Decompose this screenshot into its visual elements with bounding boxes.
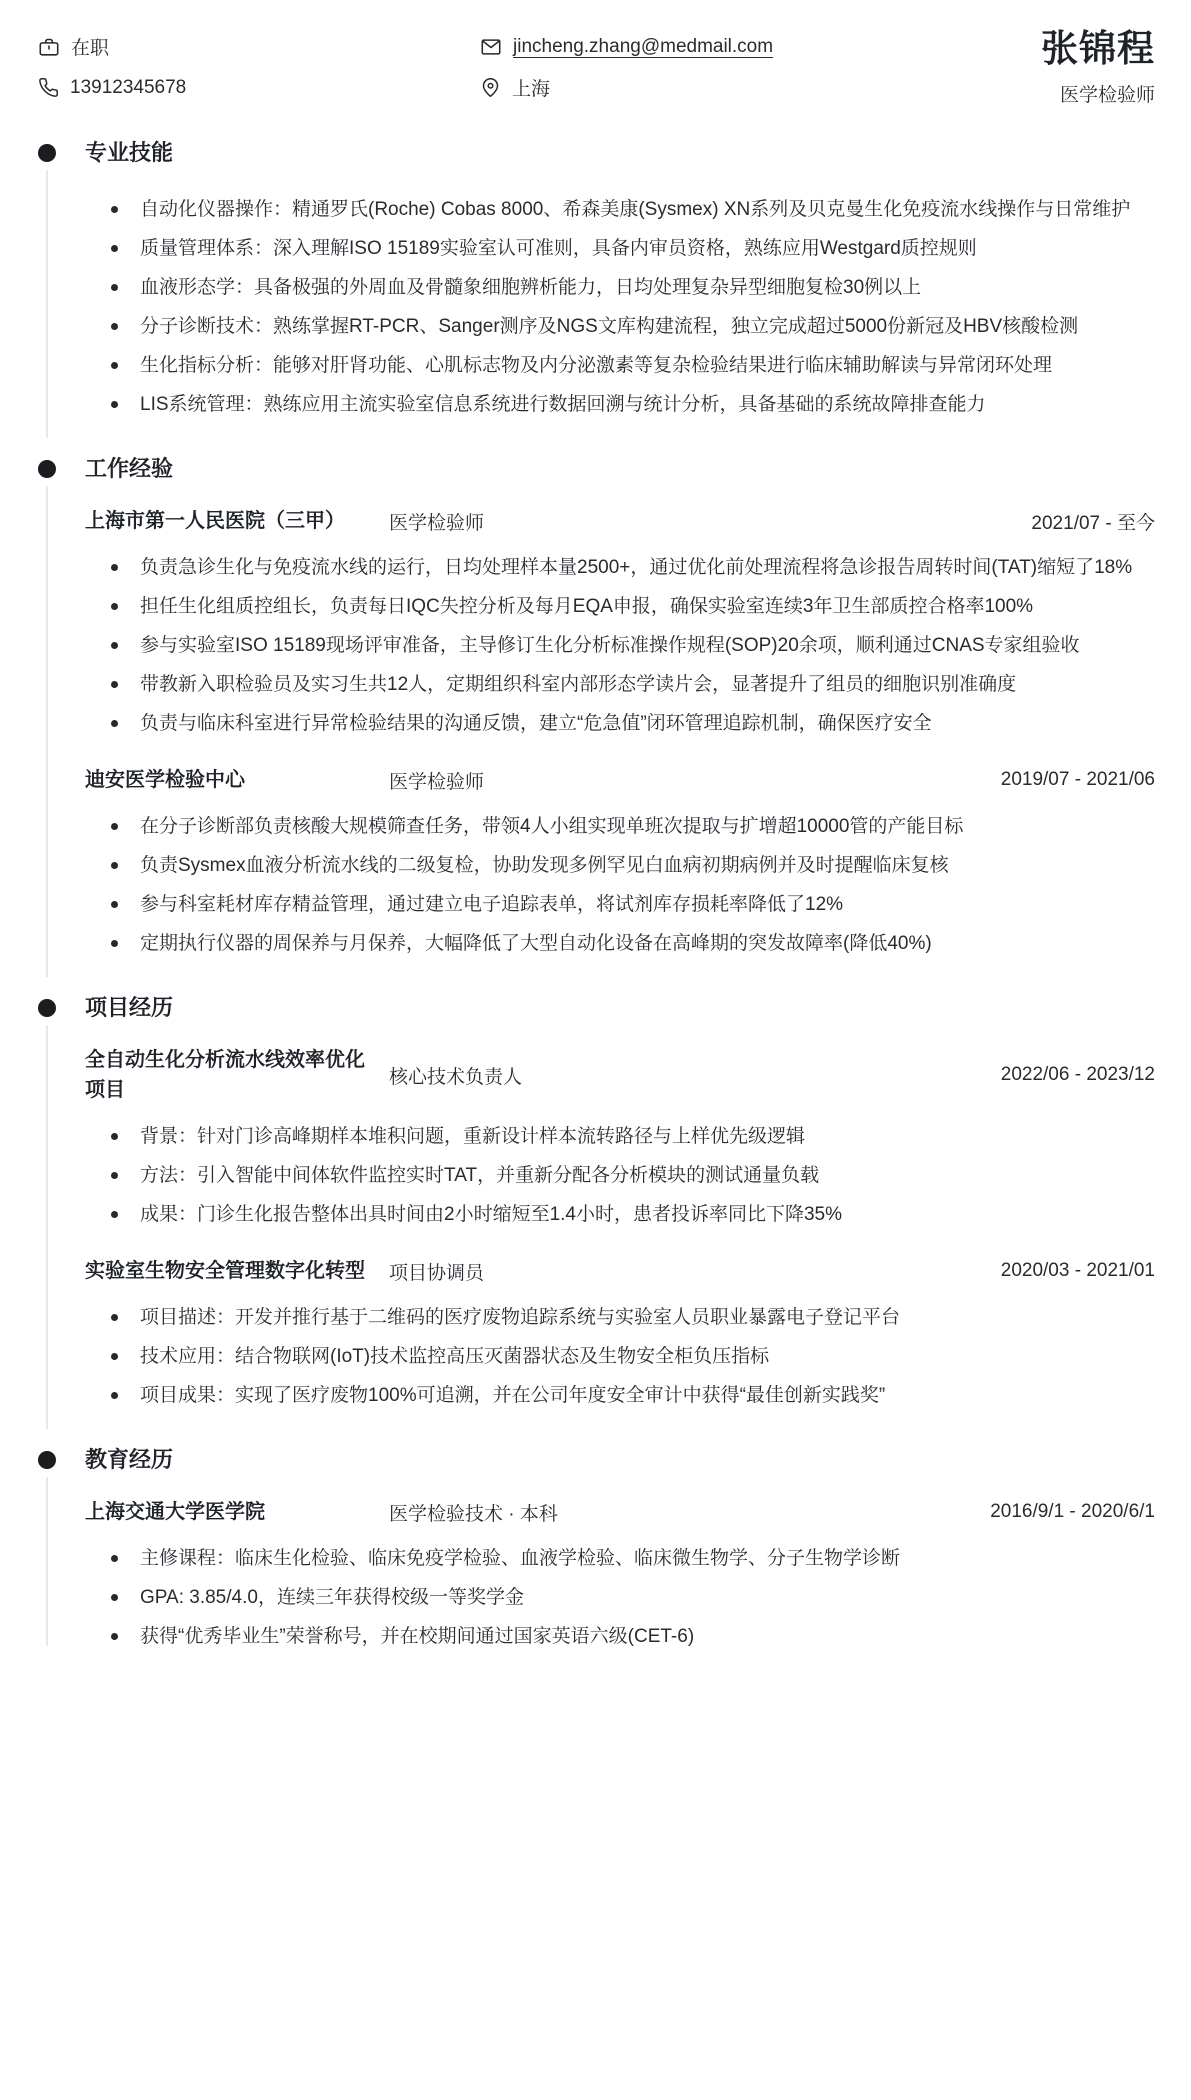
email-row: jincheng.zhang@medmail.com [480, 26, 935, 67]
entry: 上海交通大学医学院医学检验技术 · 本科2016/9/1 - 2020/6/1主… [85, 1497, 1155, 1656]
list-item: 在分子诊断部负责核酸大规模筛查任务，带领4人小组实现单班次提取与扩增超10000… [85, 807, 1155, 846]
entry-role: 医学检验师 [381, 767, 1001, 794]
list-item: 负责急诊生化与免疫流水线的运行，日均处理样本量2500+，通过优化前处理流程将急… [85, 548, 1155, 587]
entry-name: 上海交通大学医学院 [85, 1497, 381, 1527]
section-skills: 专业技能自动化仪器操作：精通罗氏(Roche) Cobas 8000、希森美康(… [38, 138, 1155, 424]
phone-number: 13912345678 [70, 77, 186, 99]
section-projects: 项目经历全自动生化分析流水线效率优化项目核心技术负责人2022/06 - 202… [38, 993, 1155, 1415]
list-item: 自动化仪器操作：精通罗氏(Roche) Cobas 8000、希森美康(Sysm… [85, 190, 1155, 229]
entry: 上海市第一人民医院（三甲）医学检验师2021/07 - 至今负责急诊生化与免疫流… [85, 506, 1155, 743]
list-item: 负责Sysmex血液分析流水线的二级复检，协助发现多例罕见白血病初期病例并及时提… [85, 846, 1155, 885]
list-item: 质量管理体系：深入理解ISO 15189实验室认可准则，具备内审员资格，熟练应用… [85, 229, 1155, 268]
list-item: 负责与临床科室进行异常检验结果的沟通反馈，建立“危急值”闭环管理追踪机制，确保医… [85, 704, 1155, 743]
email-link[interactable]: jincheng.zhang@medmail.com [513, 36, 773, 58]
entry-role: 项目协调员 [381, 1258, 1001, 1285]
entry: 迪安医学检验中心医学检验师2019/07 - 2021/06在分子诊断部负责核酸… [85, 765, 1155, 963]
section-title: 专业技能 [85, 138, 1155, 168]
mail-icon [480, 36, 502, 58]
entry: 实验室生物安全管理数字化转型项目协调员2020/03 - 2021/01项目描述… [85, 1256, 1155, 1415]
list-item: 血液形态学：具备极强的外周血及骨髓象细胞辨析能力，日均处理复杂异型细胞复检30例… [85, 268, 1155, 307]
list-item: LIS系统管理：熟练应用主流实验室信息系统进行数据回溯与统计分析，具备基础的系统… [85, 385, 1155, 424]
bullet-list: 在分子诊断部负责核酸大规模筛查任务，带领4人小组实现单班次提取与扩增超10000… [85, 807, 1155, 963]
phone-icon [38, 77, 59, 98]
entry-name: 实验室生物安全管理数字化转型 [85, 1256, 381, 1286]
section-education: 教育经历上海交通大学医学院医学检验技术 · 本科2016/9/1 - 2020/… [38, 1445, 1155, 1656]
resume-header: 在职 13912345678 jincheng.zhang@medmail.co… [0, 0, 1191, 108]
list-item: 参与实验室ISO 15189现场评审准备，主导修订生化分析标准操作规程(SOP)… [85, 626, 1155, 665]
entry-header: 迪安医学检验中心医学检验师2019/07 - 2021/06 [85, 765, 1155, 795]
sections: 专业技能自动化仪器操作：精通罗氏(Roche) Cobas 8000、希森美康(… [38, 138, 1155, 1656]
entry-header: 全自动生化分析流水线效率优化项目核心技术负责人2022/06 - 2023/12 [85, 1045, 1155, 1105]
list-item: 参与科室耗材库存精益管理，通过建立电子追踪表单，将试剂库存损耗率降低了12% [85, 885, 1155, 924]
list-item: 担任生化组质控组长，负责每日IQC失控分析及每月EQA申报，确保实验室连续3年卫… [85, 587, 1155, 626]
section-title: 项目经历 [85, 993, 1155, 1023]
list-item: 获得“优秀毕业生”荣誉称号，并在校期间通过国家英语六级(CET-6) [85, 1617, 1155, 1656]
list-item: 项目成果：实现了医疗废物100%可追溯，并在公司年度安全审计中获得“最佳创新实践… [85, 1376, 1155, 1415]
list-item: 主修课程：临床生化检验、临床免疫学检验、血液学检验、临床微生物学、分子生物学诊断 [85, 1539, 1155, 1578]
person-name: 张锦程 [935, 26, 1155, 72]
employment-status: 在职 [38, 26, 480, 67]
list-item: 背景：针对门诊高峰期样本堆积问题，重新设计样本流转路径与上样优先级逻辑 [85, 1117, 1155, 1156]
entry-header: 上海交通大学医学院医学检验技术 · 本科2016/9/1 - 2020/6/1 [85, 1497, 1155, 1527]
section-title: 教育经历 [85, 1445, 1155, 1475]
section-title: 工作经验 [85, 454, 1155, 484]
person-job-title: 医学检验师 [935, 80, 1155, 107]
list-item: 生化指标分析：能够对肝肾功能、心肌标志物及内分泌激素等复杂检验结果进行临床辅助解… [85, 346, 1155, 385]
entry-name: 迪安医学检验中心 [85, 765, 381, 795]
entry-date: 2021/07 - 至今 [1031, 508, 1155, 535]
contact-column-2: jincheng.zhang@medmail.com 上海 [480, 26, 935, 108]
entry-header: 实验室生物安全管理数字化转型项目协调员2020/03 - 2021/01 [85, 1256, 1155, 1286]
bullet-list: 背景：针对门诊高峰期样本堆积问题，重新设计样本流转路径与上样优先级逻辑方法：引入… [85, 1117, 1155, 1234]
entry-date: 2019/07 - 2021/06 [1001, 769, 1155, 791]
entry-header: 上海市第一人民医院（三甲）医学检验师2021/07 - 至今 [85, 506, 1155, 536]
list-item: 分子诊断技术：熟练掌握RT-PCR、Sanger测序及NGS文库构建流程，独立完… [85, 307, 1155, 346]
list-item: 成果：门诊生化报告整体出具时间由2小时缩短至1.4小时，患者投诉率同比下降35% [85, 1195, 1155, 1234]
employment-status-text: 在职 [71, 33, 109, 60]
bullet-list: 主修课程：临床生化检验、临床免疫学检验、血液学检验、临床微生物学、分子生物学诊断… [85, 1539, 1155, 1656]
entry-role: 医学检验师 [381, 508, 1031, 535]
entry-date: 2016/9/1 - 2020/6/1 [990, 1501, 1155, 1523]
list-item: 定期执行仪器的周保养与月保养，大幅降低了大型自动化设备在高峰期的突发故障率(降低… [85, 924, 1155, 963]
entry-name: 全自动生化分析流水线效率优化项目 [85, 1045, 381, 1105]
entry: 全自动生化分析流水线效率优化项目核心技术负责人2022/06 - 2023/12… [85, 1045, 1155, 1234]
location-text: 上海 [512, 74, 550, 101]
section-work: 工作经验上海市第一人民医院（三甲）医学检验师2021/07 - 至今负责急诊生化… [38, 454, 1155, 963]
contact-column-1: 在职 13912345678 [38, 26, 480, 108]
entry-date: 2020/03 - 2021/01 [1001, 1260, 1155, 1282]
briefcase-icon [38, 36, 60, 58]
entry-date: 2022/06 - 2023/12 [1001, 1064, 1155, 1086]
bullet-list: 负责急诊生化与免疫流水线的运行，日均处理样本量2500+，通过优化前处理流程将急… [85, 548, 1155, 743]
location-pin-icon [480, 77, 501, 98]
entry-role: 核心技术负责人 [381, 1062, 1001, 1089]
list-item: 项目描述：开发并推行基于二维码的医疗废物追踪系统与实验室人员职业暴露电子登记平台 [85, 1298, 1155, 1337]
list-item: GPA: 3.85/4.0，连续三年获得校级一等奖学金 [85, 1578, 1155, 1617]
entry-role: 医学检验技术 · 本科 [381, 1499, 990, 1526]
phone-row: 13912345678 [38, 67, 480, 108]
entry-name: 上海市第一人民医院（三甲） [85, 506, 381, 536]
list-item: 方法：引入智能中间体软件监控实时TAT，并重新分配各分析模块的测试通量负载 [85, 1156, 1155, 1195]
identity-block: 张锦程 医学检验师 [935, 26, 1155, 107]
bullet-list: 自动化仪器操作：精通罗氏(Roche) Cobas 8000、希森美康(Sysm… [85, 190, 1155, 424]
list-item: 技术应用：结合物联网(IoT)技术监控高压灭菌器状态及生物安全柜负压指标 [85, 1337, 1155, 1376]
location-row: 上海 [480, 67, 935, 108]
list-item: 带教新入职检验员及实习生共12人，定期组织科室内部形态学读片会，显著提升了组员的… [85, 665, 1155, 704]
bullet-list: 项目描述：开发并推行基于二维码的医疗废物追踪系统与实验室人员职业暴露电子登记平台… [85, 1298, 1155, 1415]
